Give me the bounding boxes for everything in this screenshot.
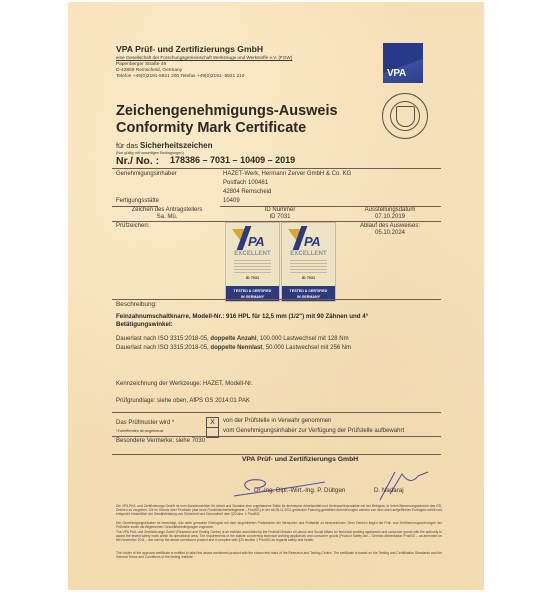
issue-date-value: 07.10.2019 — [340, 214, 440, 220]
holder-pobox: Postfach 100461 — [223, 180, 268, 186]
divider — [112, 412, 441, 413]
badge-id: ID 7031 — [285, 276, 332, 280]
tool-marking: Kennzeichnung der Werkzeuge: HAZET, Mode… — [116, 381, 253, 387]
shield-icon — [396, 106, 415, 127]
issuer-subline: eine Gesellschaft der Forschungsgemeinsc… — [116, 55, 292, 60]
id-number-value: ID 7031 — [230, 214, 330, 220]
test2-suffix: , 50.000 Lastwechsel mit 256 Nm — [262, 345, 351, 351]
mark-type-label: für das — [116, 141, 138, 150]
sample-option-2: vom Genehmigungsinhaber zur Verfügung de… — [223, 428, 404, 434]
issuer-street: Papenberger Straße 49 — [116, 62, 166, 67]
mark-type-value: Sicherheitszeichen — [140, 141, 212, 150]
issuer-name: VPA Prüf- und Zertifizierungs GmbH — [116, 44, 263, 54]
sample-label: Das Prüfmuster wird * — [116, 420, 174, 426]
sample-option-1: von der Prüfstelle in Verwahr genommen — [223, 418, 331, 424]
legal-text-de-1: Die VPA Prüf- und Zertifizierungs GmbH i… — [116, 504, 442, 516]
divider — [112, 454, 441, 455]
test2-emphasis: doppelte Nennlast — [210, 345, 262, 351]
certificate-number: 178386 – 7031 – 10409 – 2019 — [170, 155, 295, 165]
test1-suffix: , 100.000 Lastwechsel mit 128 Nm — [257, 336, 349, 342]
site-label: Fertigungsstätte — [116, 198, 159, 204]
badge-text-lines — [234, 260, 271, 274]
test-condition-1: Dauerlast nach ISO 3315:2018-05, doppelt… — [116, 336, 349, 342]
divider — [112, 299, 441, 300]
expiry-date: 05.10.2024 — [340, 230, 440, 236]
legal-text-en-1: The VPA Prüf- und Zertifizierungs GmbH (… — [116, 530, 442, 542]
badge-grade: EXCELLENT — [285, 251, 332, 257]
test-basis: Prüfgrundlage: siehe oben, AfPS GS 2014:… — [116, 398, 250, 404]
holder-city: 42804 Remscheid — [223, 189, 271, 195]
test1-prefix: Dauerlast nach ISO 3315:2018-05, — [116, 336, 210, 342]
sample-note: *Zutreffendes ist angekreuzt — [116, 429, 163, 433]
holder-name: HAZET-Werk, Hermann Zerver GmbH & Co. KG — [223, 171, 351, 177]
test-condition-2: Dauerlast nach ISO 3315:2018-05, doppelt… — [116, 345, 351, 351]
divider — [112, 436, 441, 437]
mark-type: für das Sicherheitszeichen — [116, 141, 212, 150]
badge-brand: PA — [304, 234, 320, 249]
legal-text-de-2: Der Genehmigungsinhaber ist berechtigt, … — [116, 521, 442, 529]
title-english: Conformity Mark Certificate — [116, 120, 306, 136]
seal-stamp-icon — [382, 93, 428, 139]
title-german: Zeichengenehmigungs-Ausweis — [116, 103, 338, 119]
badge-brand: PA — [248, 234, 264, 249]
legal-text-en-2: The holder of the approval certificate i… — [116, 551, 442, 559]
divider — [112, 168, 441, 169]
signer-2: D. Nadaraj — [374, 487, 404, 494]
applicant-ref-label: Zeichen des Antragstellers — [112, 207, 222, 213]
product-description-line1: Feinzahnumschaltknarre, Modell-Nr.: 916 … — [116, 313, 368, 320]
vpa-excellent-badge: PA EXCELLENT ID 7031 TESTED & CERTIFIEDI… — [281, 222, 336, 302]
signature-company: VPA Prüf- und Zertifizierungs GmbH — [180, 456, 420, 463]
id-number-label: ID Nummer — [230, 207, 330, 213]
issuer-city: D-42859 Remscheid, Germany — [116, 68, 182, 73]
badge-text-lines — [290, 260, 327, 274]
vpa-excellent-badge: PA EXCELLENT ID 7031 TESTED & CERTIFIEDI… — [225, 222, 280, 302]
test1-emphasis: doppelte Anzahl — [210, 336, 256, 342]
issuer-phone: Telefon +49(0)2191-5921 200 Telefax +49(… — [116, 74, 244, 79]
signer-1: Dr.-Ing. Dipl.-Wirt.-Ing. P. Dültgen — [254, 487, 345, 494]
badge-id: ID 7031 — [229, 276, 276, 280]
issue-date-label: Ausstellungsdatum — [340, 207, 440, 213]
holder-label: Genehmigungsinhaber — [116, 171, 177, 177]
applicant-ref-value: Sa. Mü. — [112, 214, 222, 220]
vpa-logo: VPA — [383, 43, 423, 83]
description-label: Beschreibung: — [116, 301, 157, 308]
test-mark-label: Prüfzeichen: — [116, 223, 149, 229]
expiry-label: Ablauf des Ausweises: — [340, 223, 440, 229]
badge-grade: EXCELLENT — [229, 251, 276, 257]
certificate-number-label: Nr./ No. : — [116, 155, 159, 167]
vpa-logo-text: VPA — [387, 68, 406, 79]
signature-strokes — [230, 470, 430, 502]
site-value: 10409 — [223, 198, 240, 204]
test2-prefix: Dauerlast nach ISO 3315:2018-05, — [116, 345, 210, 351]
product-description-line2: Betätigungswinkel: — [116, 321, 173, 328]
special-remarks: Besondere Vermerke: siehe 7030 — [116, 438, 205, 444]
